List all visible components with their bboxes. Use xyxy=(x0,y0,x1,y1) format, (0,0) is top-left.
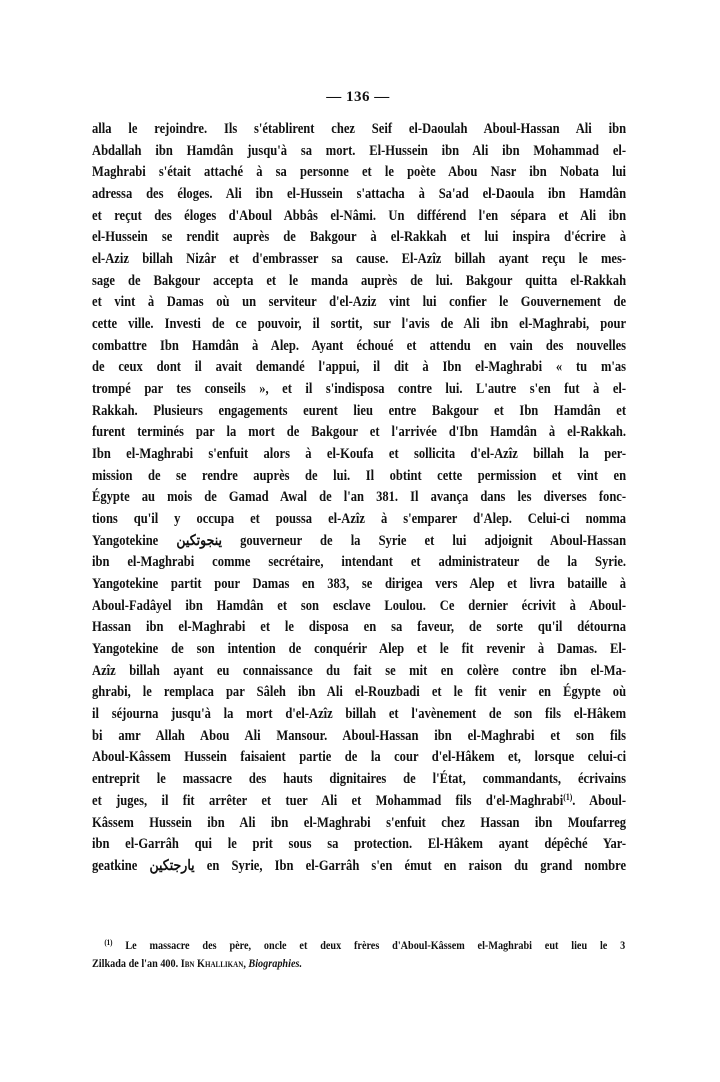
text-line: Hassan ibn el-Maghrabi et le disposa en … xyxy=(92,617,626,639)
text-line: entreprit le massacre des hauts dignitai… xyxy=(92,769,626,791)
text-line: Aboul-Kâssem Hussein faisaient partie de… xyxy=(92,747,626,769)
text-line: ibn el-Maghrabi comme secrétaire, intend… xyxy=(92,552,626,574)
footnotes: (1) Le massacre des père, oncle et deux … xyxy=(92,932,626,974)
text-line: el-Hussein se rendit auprès de Bakgour à… xyxy=(92,227,626,249)
text-line: et vint à Damas où un serviteur d'el-Azi… xyxy=(92,292,626,314)
text-line: Yangotekine de son intention de conquéri… xyxy=(92,639,626,661)
text-line: alla le rejoindre. Ils s'établirent chez… xyxy=(92,119,626,141)
text-line-with-footnote-ref: et juges, il fit arrêter et tuer Ali et … xyxy=(92,791,626,813)
text-line: trompé par tes conseils », et il s'indis… xyxy=(92,379,626,401)
text-line: Maghrabi s'était attaché à sa personne e… xyxy=(92,162,626,184)
footnote-line: Zilkada de l'an 400. Ibn Khallikan, Biog… xyxy=(92,953,562,974)
text-line: Rakkah. Plusieurs engagements eurent lie… xyxy=(92,401,626,423)
text-line: Aboul-Fadâyel ibn Hamdân et son esclave … xyxy=(92,596,626,618)
text-fragment: . Aboul- xyxy=(572,793,626,809)
text-line: ghrabi, le remplaca par Sâleh ibn Ali el… xyxy=(92,682,626,704)
text-line: de ceux dont il avait demandé l'appui, i… xyxy=(92,357,626,379)
text-line: il séjourna jusqu'à la mort d'el-Azîz bi… xyxy=(92,704,626,726)
footnote-marker: (1) xyxy=(104,938,112,947)
text-line: combattre Ibn Hamdân à Alep. Ayant échou… xyxy=(92,336,626,358)
footnote-author: Ibn Khallikan xyxy=(181,957,244,970)
page-number: — 136 — xyxy=(0,89,716,106)
text-line: cette ville. Investi de ce pouvoir, il s… xyxy=(92,314,626,336)
footnote-line: (1) Le massacre des père, oncle et deux … xyxy=(92,932,625,953)
text-line: Égypte au mois de Gamad Awal de l'an 381… xyxy=(92,487,626,509)
text-line: Azîz billah ayant eu connaissance du fai… xyxy=(92,661,626,683)
footnote-text: Zilkada de l'an 400. xyxy=(92,957,181,970)
body-text: alla le rejoindre. Ils s'établirent chez… xyxy=(92,119,626,878)
text-line: Ibn el-Maghrabi s'enfuit alors à el-Kouf… xyxy=(92,444,626,466)
text-line: ibn el-Garrâh qui le prit sous sa protec… xyxy=(92,834,626,856)
text-line: Yangotekine partit pour Damas en 383, se… xyxy=(92,574,626,596)
text-line: et reçut des éloges d'Aboul Abbâs el-Nâm… xyxy=(92,206,626,228)
text-line: furent terminés par la mort de Bakgour e… xyxy=(92,422,626,444)
text-line: mission de se rendre auprès de lui. Il o… xyxy=(92,466,626,488)
footnote-text: Le massacre des père, oncle et deux frèr… xyxy=(125,939,625,952)
text-line: Kâssem Hussein ibn Ali ibn el-Maghrabi s… xyxy=(92,813,626,835)
footnote-reference[interactable]: (1) xyxy=(563,792,572,802)
text-line: tions qu'il y occupa et poussa el-Azîz à… xyxy=(92,509,626,531)
text-line: el-Aziz billah Nizâr et d'embrasser sa c… xyxy=(92,249,626,271)
text-line: Abdallah ibn Hamdân jusqu'à sa mort. El-… xyxy=(92,141,626,163)
text-line: bi amr Allah Abou Ali Mansour. Aboul-Has… xyxy=(92,726,626,748)
text-line: Yangotekine ينجوتكين gouverneur de la Sy… xyxy=(92,531,626,553)
text-fragment: et juges, il fit arrêter et tuer Ali et … xyxy=(92,793,563,809)
text-line: adressa des éloges. Ali ibn el-Hussein s… xyxy=(92,184,626,206)
text-line: geatkine يارجتكين en Syrie, Ibn el-Garrâ… xyxy=(92,856,626,878)
text-line: sage de Bakgour accepta et le manda aupr… xyxy=(92,271,626,293)
footnote-work: Biographies. xyxy=(248,957,302,970)
